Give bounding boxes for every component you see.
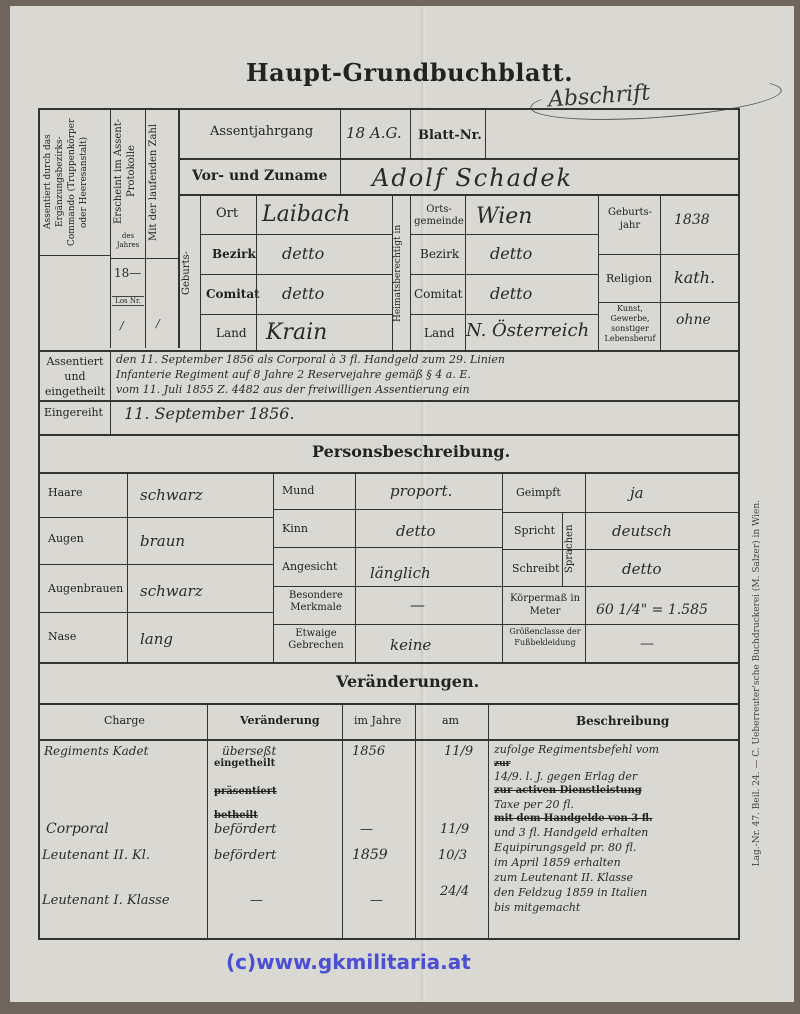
printed-betheilt: betheilt xyxy=(214,810,258,821)
home-ort-value: Wien xyxy=(476,204,532,229)
spricht-label: Spricht xyxy=(514,524,555,537)
col-header-beschreibung: Beschreibung xyxy=(576,714,669,728)
geburts-group-label: Geburts- xyxy=(181,200,199,346)
printed-handgelde: mit dem Handgelde von 3 fl. xyxy=(494,812,736,825)
besondere-merkmale-label: Besondere Merkmale xyxy=(280,590,352,614)
home-comitat-label: Comitat xyxy=(414,287,462,301)
assentjahrgang-value: 18 A.G. xyxy=(346,124,402,142)
augenbrauen-label: Augenbrauen xyxy=(48,582,123,595)
watermark: (c)www.gkmilitaria.at xyxy=(226,950,471,974)
assentiert-line: den 11. September 1856 als Corporal à 3 … xyxy=(116,352,736,367)
printed-eingetheilt: eingetheilt xyxy=(214,758,275,769)
koerpermass-value: 60 1/4" = 1.585 xyxy=(596,602,708,618)
kinn-label: Kinn xyxy=(282,522,308,535)
birth-bezirk-value: detto xyxy=(282,244,324,263)
los-nr-label: Los Nr. xyxy=(112,296,144,306)
nase-label: Nase xyxy=(48,630,76,643)
laufende-zahl-value: / xyxy=(156,316,160,331)
haare-value: schwarz xyxy=(140,486,203,504)
haare-label: Haare xyxy=(48,486,82,499)
printed-activen-dienstleistung: zur activen Dienstleistung xyxy=(494,784,736,797)
besondere-merkmale-value: — xyxy=(410,596,425,614)
groessenclasse-value: — xyxy=(640,636,654,652)
row-2-charge: Corporal xyxy=(46,822,109,837)
beschreibung-line: den Feldzug 1859 in Italien xyxy=(494,885,736,900)
beschreibung-line: zufolge Regimentsbefehl vom xyxy=(494,742,736,757)
schreibt-value: detto xyxy=(622,560,662,578)
eingereiht-label: Eingereiht xyxy=(44,406,103,419)
row-1-veraenderung: überseßt xyxy=(222,744,276,759)
beschreibung-line: Equipirungsgeld pr. 80 fl. xyxy=(494,840,736,855)
assentiert-line: Infanterie Regiment auf 8 Jahre 2 Reserv… xyxy=(116,367,736,382)
printed-praesentiert: präsentiert xyxy=(214,786,277,797)
gebrechen-value: keine xyxy=(390,636,431,654)
geimpft-value: ja xyxy=(630,484,644,502)
beruf-value: ohne xyxy=(676,312,711,328)
veraenderungen-title: Veränderungen. xyxy=(336,672,479,691)
blatt-nr-label: Blatt-Nr. xyxy=(418,128,482,143)
row-2-jahr: — xyxy=(360,822,373,837)
row-1-am: 11/9 xyxy=(444,744,473,759)
row-3-jahr: 1859 xyxy=(352,848,388,863)
schreibt-label: Schreibt xyxy=(512,562,560,575)
religion-value: kath. xyxy=(674,268,715,287)
row-2-am: 11/9 xyxy=(440,822,469,837)
geimpft-label: Geimpft xyxy=(516,486,561,499)
printed-zur: zur xyxy=(494,759,736,769)
sprachen-label: Sprachen xyxy=(564,515,584,583)
laufende-zahl-label: Mit der laufenden Zahl xyxy=(148,112,176,252)
beschreibung-line: zum Leutenant II. Klasse xyxy=(494,870,736,885)
beschreibung-line: 14/9. l. J. gegen Erlag der xyxy=(494,769,736,784)
home-land-label: Land xyxy=(424,326,455,340)
koerpermass-label: Körpermaß in Meter xyxy=(506,592,584,618)
augen-value: braun xyxy=(140,532,185,550)
row-4-charge: Leutenant I. Klasse xyxy=(42,893,170,908)
beschreibung-line: Taxe per 20 fl. xyxy=(494,797,736,812)
angesicht-label: Angesicht xyxy=(282,560,337,573)
row-4-jahr: — xyxy=(370,893,383,908)
nase-value: lang xyxy=(140,630,173,648)
geburtsjahr-label: Geburts-jahr xyxy=(602,206,658,232)
personsbeschreibung-title: Personsbeschreibung. xyxy=(312,442,510,461)
beruf-label: Kunst, Gewerbe, sonstiger Lebensberuf xyxy=(600,304,660,344)
blatt-nr-field xyxy=(490,124,730,148)
assentiert-line: vom 11. Juli 1855 Z. 4482 aus der freiwi… xyxy=(116,382,736,397)
home-land-value: N. Österreich xyxy=(466,320,589,341)
home-ort-label: Orts-gemeinde xyxy=(414,204,464,228)
assentiert-text: den 11. September 1856 als Corporal à 3 … xyxy=(116,352,736,397)
row-3-veraenderung: befördert xyxy=(214,848,276,863)
kinn-value: detto xyxy=(396,522,436,540)
mund-label: Mund xyxy=(282,484,314,497)
groessenclasse-label: Größenclasse der Fußbekleidung xyxy=(506,626,584,648)
eingereiht-value: 11. September 1856. xyxy=(124,404,295,423)
beschreibung-line: bis mitgemacht xyxy=(494,900,736,915)
beschreibung-line: im April 1859 erhalten xyxy=(494,855,736,870)
religion-label: Religion xyxy=(606,272,652,285)
los-nr-value: / xyxy=(120,318,124,333)
jahr-value: 18— xyxy=(114,266,141,281)
geburtsjahr-value: 1838 xyxy=(674,212,710,228)
birth-ort-value: Laibach xyxy=(262,202,350,227)
home-bezirk-value: detto xyxy=(490,244,532,263)
col-header-veraenderung: Veränderung xyxy=(240,714,320,727)
col-header-charge: Charge xyxy=(104,714,145,727)
birth-comitat-value: detto xyxy=(282,284,324,303)
document-title: Haupt-Grundbuchblatt. xyxy=(246,58,573,87)
birth-ort-label: Ort xyxy=(216,206,238,221)
name-value: Adolf Schadek xyxy=(372,164,573,192)
assentjahrgang-label: Assentjahrgang xyxy=(210,124,313,139)
assent-protokoll-label: Erscheint im Assent-Protokolle xyxy=(112,112,142,230)
row-1-jahr: 1856 xyxy=(352,744,385,759)
augenbrauen-value: schwarz xyxy=(140,582,203,600)
spricht-value: deutsch xyxy=(612,522,672,540)
augen-label: Augen xyxy=(48,532,84,545)
angesicht-value: länglich xyxy=(370,564,431,582)
col-header-am: am xyxy=(442,714,459,727)
gebrechen-label: Etwaige Gebrechen xyxy=(280,628,352,652)
beschreibung-block: zufolge Regimentsbefehl vom zur 14/9. l.… xyxy=(494,742,736,915)
home-comitat-value: detto xyxy=(490,284,532,303)
beschreibung-line: und 3 fl. Handgeld erhalten xyxy=(494,825,736,840)
row-3-am: 10/3 xyxy=(438,848,467,863)
row-3-charge: Leutenant II. Kl. xyxy=(42,848,150,863)
assentiert-durch-label: Assentiert durch das Ergänzungsbezirks-C… xyxy=(42,112,106,252)
row-2-veraenderung: befördert xyxy=(214,822,276,837)
home-bezirk-label: Bezirk xyxy=(420,247,459,261)
printer-imprint: Lag.-Nr. 47. Beil. 24. — C. Ueberreuter'… xyxy=(752,500,762,866)
birth-land-label: Land xyxy=(216,326,247,340)
birth-land-value: Krain xyxy=(266,320,327,345)
row-1-charge: Regiments Kadet xyxy=(44,744,148,759)
assentiert-label: Assentiert und eingetheilt xyxy=(42,354,108,399)
birth-bezirk-label: Bezirk xyxy=(212,247,256,261)
heimat-group-label: Heimatsberechtigt in xyxy=(393,200,409,346)
mund-value: proport. xyxy=(390,482,452,500)
row-4-am: 24/4 xyxy=(440,884,469,899)
row-4-veraenderung: — xyxy=(250,893,263,908)
des-jahres-label: des Jahres xyxy=(112,232,144,250)
col-header-im-jahre: im Jahre xyxy=(354,714,401,727)
name-label: Vor- und Zuname xyxy=(192,168,327,184)
birth-comitat-label: Comitat xyxy=(206,287,260,301)
